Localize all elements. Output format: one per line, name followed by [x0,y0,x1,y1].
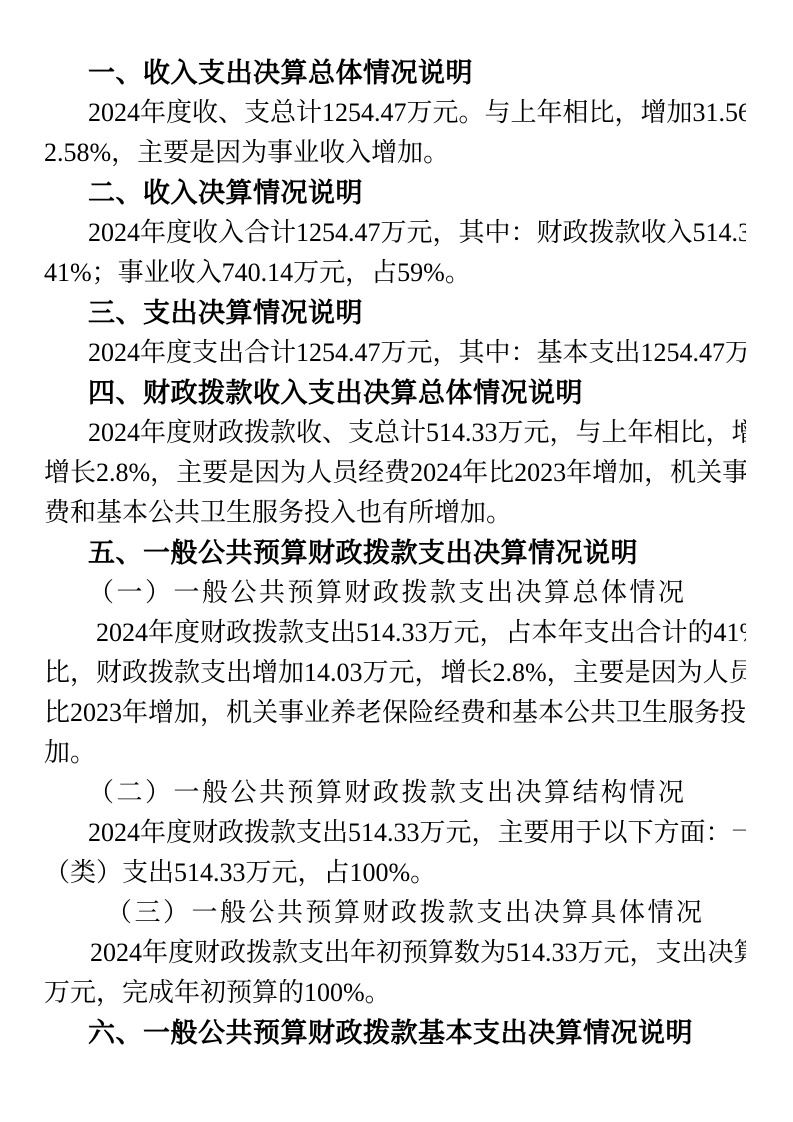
text-line: （类）支出514.33万元，占100%。 [44,853,746,893]
section-heading: 一、收入支出决算总体情况说明 [44,53,746,93]
subsection-heading: （二）一般公共预算财政拨款支出决算结构情况 [44,773,746,813]
text-line: 41%；事业收入740.14万元，占59%。 [44,253,746,293]
text-line: 加。 [44,733,746,773]
text-line: 比2023年增加，机关事业养老保险经费和基本公共卫生服务投入也有所增 [44,693,746,733]
text-line: 费和基本公共卫生服务投入也有所增加。 [44,493,746,533]
section-heading: 四、财政拨款收入支出决算总体情况说明 [44,373,746,413]
subsection-heading: （三）一般公共预算财政拨款支出决算具体情况 [44,893,746,933]
text-line: 2.58%，主要是因为事业收入增加。 [44,133,746,173]
section-heading: 二、收入决算情况说明 [44,173,746,213]
text-line: 2024年度财政拨款支出514.33万元，主要用于以下方面：一般公共服务 [44,813,746,853]
section-heading: 五、一般公共预算财政拨款支出决算情况说明 [44,533,746,573]
document-content: 一、收入支出决算总体情况说明2024年度收、支总计1254.47万元。与上年相比… [44,53,746,1053]
text-line: 2024年度财政拨款支出514.33万元，占本年支出合计的41%，与上年相 [44,613,746,653]
text-line: 2024年度财政拨款收、支总计514.33万元，与上年相比，增加14.03万元， [44,413,746,453]
text-line: 2024年度收、支总计1254.47万元。与上年相比，增加31.56万元，增长 [44,93,746,133]
text-line: 2024年度支出合计1254.47万元，其中：基本支出1254.47万元，占10… [44,333,746,373]
section-heading: 三、支出决算情况说明 [44,293,746,333]
subsection-heading: （一）一般公共预算财政拨款支出决算总体情况 [44,573,746,613]
text-line: 万元，完成年初预算的100%。 [44,973,746,1013]
text-line: 比，财政拨款支出增加14.03万元，增长2.8%，主要是因为人员经费2024年 [44,653,746,693]
text-line: 2024年度财政拨款支出年初预算数为514.33万元，支出决算数为514.33 [44,933,746,973]
text-line: 增长2.8%，主要是因为人员经费2024年比2023年增加，机关事业养老保险经 [44,453,746,493]
section-heading: 六、一般公共预算财政拨款基本支出决算情况说明 [44,1013,746,1053]
document-page: 一、收入支出决算总体情况说明2024年度收、支总计1254.47万元。与上年相比… [0,0,793,1122]
text-line: 2024年度收入合计1254.47万元，其中：财政拨款收入514.33万元，占 [44,213,746,253]
